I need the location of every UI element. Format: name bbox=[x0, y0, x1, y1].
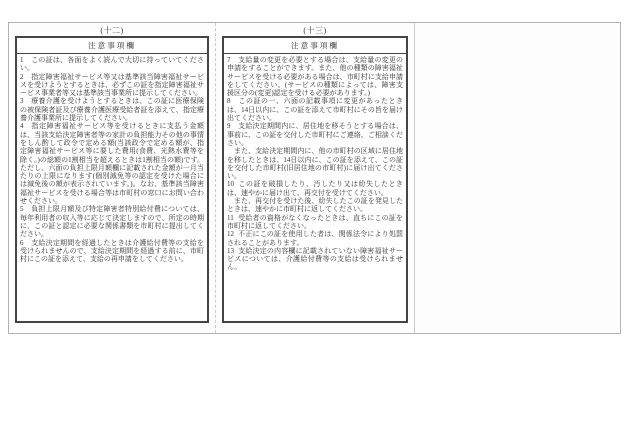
note-item-6: 6支給決定期間を経過したときは介護給付費等の支給を受けられませんので、支給決定期… bbox=[20, 239, 204, 264]
item-number: 13 bbox=[227, 247, 235, 255]
notes-box-12: 注意事項欄 1この証は、各面をよく読んで大切に持っていてください。 2指定障害福… bbox=[15, 36, 209, 323]
item-text: 受給者の資格がなくなったときは、直ちにこの証を市町村に返してください。 bbox=[227, 214, 403, 230]
item-text: 支給決定の内容欄に記載されていない障害福祉サービスについては、介護給付費等の支給… bbox=[227, 247, 403, 272]
column-panel-13: (十三) 注意事項欄 7支給量の変更を必要とする場合は、支給量の変更の申請をする… bbox=[215, 23, 415, 333]
note-item-5: 5負担上限月額及び特定障害者特別給付費については、毎年利用者の収入等に応じて決定… bbox=[20, 205, 204, 238]
item-number: 9 bbox=[227, 122, 235, 130]
note-item-9: 9支給決定期間内に、居住地を移そうとする場合は、事前に、この証を交付した市町村に… bbox=[227, 122, 403, 147]
note-item-4: 4指定障害福祉サービス等を受けるときに支払う金額は、当該支給決定障害者等の家計の… bbox=[20, 122, 204, 205]
item-number: 10 bbox=[227, 180, 235, 188]
item-text: 指定障害福祉サービス等を受けるときに支払う金額は、当該支給決定障害者等の家計の負… bbox=[20, 122, 204, 205]
item-text: この証の一、六面の記載事項に変更があったときは、14日以内に、この証を添えて市町… bbox=[227, 97, 403, 122]
item-text: 負担上限月額及び特定障害者特別給付費については、毎年利用者の収入等に応じて決定し… bbox=[20, 205, 204, 238]
item-text: 支給量の変更を必要とする場合は、支給量の変更の申請をすることができます。また、他… bbox=[227, 56, 403, 97]
notes-header-13: 注意事項欄 bbox=[224, 38, 406, 54]
notes-box-13: 注意事項欄 7支給量の変更を必要とする場合は、支給量の変更の申請をすることができ… bbox=[222, 36, 408, 323]
item-number: 1 bbox=[20, 56, 28, 64]
item-text: この証は、各面をよく読んで大切に持っていてください。 bbox=[20, 56, 204, 72]
page-number-12: (十二) bbox=[9, 26, 215, 36]
empty-column bbox=[415, 23, 620, 333]
item-number: 12 bbox=[227, 230, 235, 238]
item-text: 指定障害福祉サービス等又は基準該当障害福祉サービスを受けようとするときは、必ずこ… bbox=[20, 73, 204, 98]
item-number: 6 bbox=[20, 239, 28, 247]
page-number-13: (十三) bbox=[216, 26, 414, 36]
notes-header-12: 注意事項欄 bbox=[17, 38, 207, 54]
item-number: 2 bbox=[20, 73, 28, 81]
item-text: 不正にこの証を使用した者は、関係法令により処罰されることがあります。 bbox=[227, 230, 403, 246]
item-number: 5 bbox=[20, 205, 28, 213]
note-item-9-continuation: また、支給決定期間内に、他の市町村の区域に居住地を移したときは、14日以内に、こ… bbox=[227, 147, 403, 180]
item-number: 8 bbox=[227, 97, 235, 105]
notes-body-13: 7支給量の変更を必要とする場合は、支給量の変更の申請をすることができます。また、… bbox=[224, 54, 406, 272]
note-item-7: 7支給量の変更を必要とする場合は、支給量の変更の申請をすることができます。また、… bbox=[227, 56, 403, 97]
item-number: 11 bbox=[227, 214, 235, 222]
item-number: 4 bbox=[20, 122, 28, 130]
notes-sheet: (十二) 注意事項欄 1この証は、各面をよく読んで大切に持っていてください。 2… bbox=[8, 22, 621, 334]
item-text: 支給決定期間を経過したときは介護給付費等の支給を受けられませんので、支給決定期間… bbox=[20, 239, 204, 264]
note-item-1: 1この証は、各面をよく読んで大切に持っていてください。 bbox=[20, 56, 204, 73]
note-item-10: 10この証を破損したり、汚したり又は紛失したときは、速やかに届け出て、再交付を受… bbox=[227, 180, 403, 197]
item-text: この証を破損したり、汚したり又は紛失したときは、速やかに届け出て、再交付を受けて… bbox=[227, 180, 403, 196]
item-number: 3 bbox=[20, 97, 28, 105]
column-panel-12: (十二) 注意事項欄 1この証は、各面をよく読んで大切に持っていてください。 2… bbox=[9, 23, 215, 333]
document-page: (十二) 注意事項欄 1この証は、各面をよく読んで大切に持っていてください。 2… bbox=[0, 0, 630, 440]
note-item-13: 13支給決定の内容欄に記載されていない障害福祉サービスについては、介護給付費等の… bbox=[227, 247, 403, 272]
note-item-8: 8この証の一、六面の記載事項に変更があったときは、14日以内に、この証を添えて市… bbox=[227, 97, 403, 122]
note-item-10-continuation: また、再交付を受けた後、紛失したこの証を発見したときは、速やかに市町村に返してく… bbox=[227, 197, 403, 214]
note-item-2: 2指定障害福祉サービス等又は基準該当障害福祉サービスを受けようとするときは、必ず… bbox=[20, 73, 204, 98]
notes-body-12: 1この証は、各面をよく読んで大切に持っていてください。 2指定障害福祉サービス等… bbox=[17, 54, 207, 264]
note-item-12: 12不正にこの証を使用した者は、関係法令により処罰されることがあります。 bbox=[227, 230, 403, 247]
note-item-11: 11受給者の資格がなくなったときは、直ちにこの証を市町村に返してください。 bbox=[227, 214, 403, 231]
item-text: 支給決定期間内に、居住地を移そうとする場合は、事前に、この証を交付した市町村にご… bbox=[227, 122, 403, 147]
item-text: 療養介護を受けようとするときは、この証に医療保険の被保険者証及び療養介護医療受給… bbox=[20, 97, 204, 122]
note-item-3: 3療養介護を受けようとするときは、この証に医療保険の被保険者証及び療養介護医療受… bbox=[20, 97, 204, 122]
